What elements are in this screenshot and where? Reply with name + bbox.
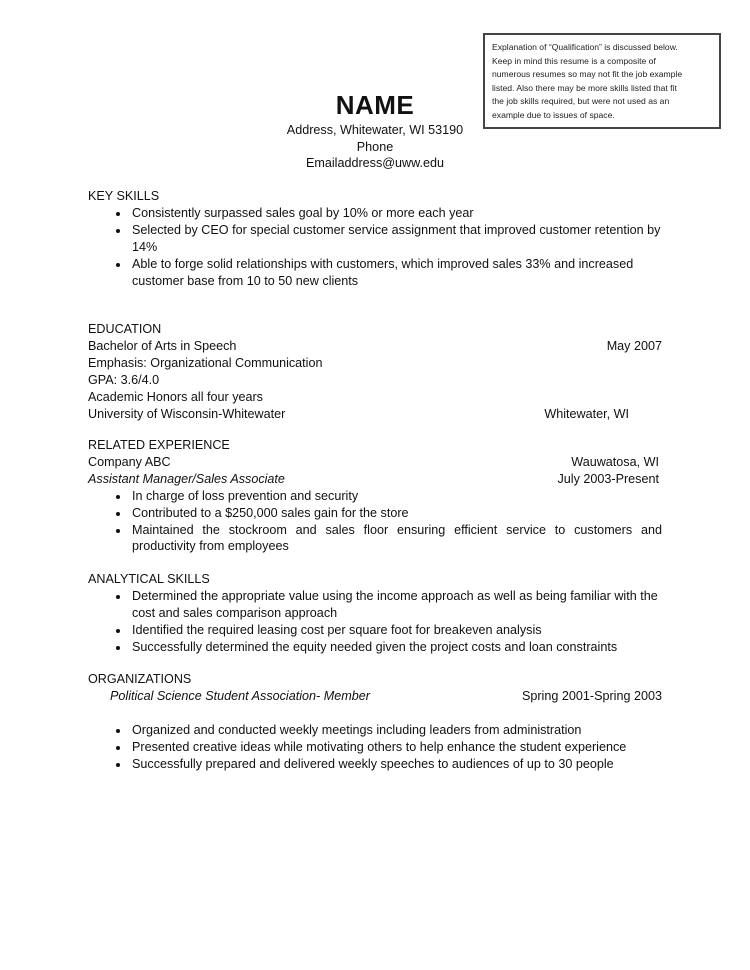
list-item: In charge of loss prevention and securit… [88, 488, 662, 505]
job-title: Assistant Manager/Sales Associate [88, 471, 285, 488]
email: Emailaddress@uww.edu [0, 155, 750, 172]
list-item: Successfully prepared and delivered week… [88, 756, 662, 773]
note-line: Explanation of “Qualification” is discus… [492, 41, 711, 55]
address: Address, Whitewater, WI 53190 [0, 122, 750, 139]
organizations-section: ORGANIZATIONS Political Science Student … [88, 671, 662, 772]
section-title: ANALYTICAL SKILLS [88, 571, 662, 588]
school: University of Wisconsin-Whitewater [88, 406, 285, 423]
organization-row: Political Science Student Association- M… [88, 688, 662, 705]
list-item: Identified the required leasing cost per… [88, 622, 662, 639]
section-title: ORGANIZATIONS [88, 671, 662, 688]
experience-section: RELATED EXPERIENCE Company ABC Wauwatosa… [88, 437, 662, 555]
list-item: Organized and conducted weekly meetings … [88, 722, 662, 739]
company-row: Company ABC Wauwatosa, WI [88, 454, 662, 471]
note-line: numerous resumes so may not fit the job … [492, 68, 711, 82]
list-item: Contributed to a $250,000 sales gain for… [88, 505, 662, 522]
emphasis: Emphasis: Organizational Communication [88, 355, 662, 372]
role-row: Assistant Manager/Sales Associate July 2… [88, 471, 662, 488]
organizations-list: Organized and conducted weekly meetings … [88, 722, 662, 773]
company: Company ABC [88, 454, 171, 471]
spacer [88, 705, 662, 722]
list-item: Maintained the stockroom and sales floor… [88, 522, 662, 556]
key-skills-section: KEY SKILLS Consistently surpassed sales … [88, 188, 662, 289]
experience-list: In charge of loss prevention and securit… [88, 488, 662, 556]
company-location: Wauwatosa, WI [571, 454, 659, 471]
note-line: Keep in mind this resume is a composite … [492, 55, 711, 69]
honors: Academic Honors all four years [88, 389, 662, 406]
phone: Phone [0, 139, 750, 156]
list-item: Selected by CEO for special customer ser… [88, 222, 662, 256]
organization-dates: Spring 2001-Spring 2003 [522, 688, 662, 705]
job-dates: July 2003-Present [557, 471, 659, 488]
analytical-skills-section: ANALYTICAL SKILLS Determined the appropr… [88, 571, 662, 656]
section-title: RELATED EXPERIENCE [88, 437, 662, 454]
list-item: Able to forge solid relationships with c… [88, 256, 662, 290]
section-title: EDUCATION [88, 321, 662, 338]
applicant-name: NAME [0, 88, 750, 122]
school-row: University of Wisconsin-Whitewater White… [88, 406, 662, 423]
resume-header: NAME Address, Whitewater, WI 53190 Phone… [0, 88, 750, 172]
school-location: Whitewater, WI [544, 406, 629, 423]
list-item: Successfully determined the equity neede… [88, 639, 662, 656]
analytical-skills-list: Determined the appropriate value using t… [88, 588, 662, 656]
graduation-date: May 2007 [607, 338, 662, 355]
gpa: GPA: 3.6/4.0 [88, 372, 662, 389]
education-section: EDUCATION Bachelor of Arts in Speech May… [88, 321, 662, 422]
degree-row: Bachelor of Arts in Speech May 2007 [88, 338, 662, 355]
key-skills-list: Consistently surpassed sales goal by 10%… [88, 205, 662, 290]
list-item: Determined the appropriate value using t… [88, 588, 662, 622]
organization-name: Political Science Student Association- M… [110, 688, 370, 705]
degree: Bachelor of Arts in Speech [88, 338, 236, 355]
section-title: KEY SKILLS [88, 188, 662, 205]
list-item: Consistently surpassed sales goal by 10%… [88, 205, 662, 222]
list-item: Presented creative ideas while motivatin… [88, 739, 662, 756]
